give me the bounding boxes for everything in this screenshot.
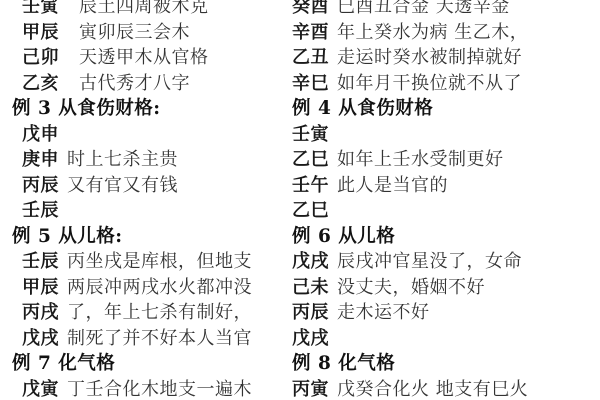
chart-row: 甲辰两辰冲两戌水火都冲没 <box>12 275 297 301</box>
example-heading: 例 6 从儿格 <box>292 224 592 250</box>
note: 丙坐戌是库根，但地支 <box>67 251 252 272</box>
chart-row: 丙戌了，年上七杀有制好， <box>12 300 297 326</box>
pillar: 戊寅 <box>22 377 59 400</box>
note: 时上七杀主贵 <box>67 149 178 170</box>
chart-row: 戊戌辰戌冲官星没了，女命 <box>292 249 592 275</box>
pillar: 甲辰 <box>22 275 59 301</box>
pillar: 壬辰 <box>22 249 59 275</box>
chart-row: 丙辰又有官又有钱 <box>12 173 297 199</box>
chart-row: 壬寅辰土四周被木克 <box>12 0 297 20</box>
pillar: 甲辰 <box>22 20 59 46</box>
right-column: 癸酉巳酉丑合金 天透辛金 辛酉年上癸水为病 生乙木， 乙丑走运时癸水被制掉就好 … <box>292 0 592 400</box>
note: 两辰冲两戌水火都冲没 <box>67 277 252 298</box>
pillar: 戊戌 <box>292 326 329 352</box>
note: 辰土四周被木克 <box>79 0 209 17</box>
example-heading: 例 7 化气格 <box>12 351 297 377</box>
note: 此人是当官的 <box>337 175 448 196</box>
example-heading: 例 8 化气格 <box>292 351 592 377</box>
note: 寅卯辰三会木 <box>79 22 190 43</box>
pillar: 戊申 <box>22 122 59 148</box>
chart-row: 甲辰寅卯辰三会木 <box>12 20 297 46</box>
pillar: 丙戌 <box>22 300 59 326</box>
note: 年上癸水为病 生乙木， <box>337 22 528 43</box>
chart-row: 丙寅戊癸合化火 地支有巳火 <box>292 377 592 400</box>
example-heading: 例 4 从食伤财格 <box>292 96 592 122</box>
chart-row: 癸酉巳酉丑合金 天透辛金 <box>292 0 592 20</box>
pillar: 辛巳 <box>292 71 329 97</box>
note: 又有官又有钱 <box>67 175 178 196</box>
chart-row: 戊寅丁壬合化木地支一遍木 <box>12 377 297 400</box>
note: 戊癸合化火 地支有巳火 <box>337 379 528 400</box>
pillar: 己未 <box>292 275 329 301</box>
chart-row: 乙丑走运时癸水被制掉就好 <box>292 45 592 71</box>
pillar: 壬寅 <box>292 122 329 148</box>
pillar: 丙辰 <box>292 300 329 326</box>
chart-row: 戊戌 <box>292 326 592 352</box>
note: 巳酉丑合金 天透辛金 <box>337 0 510 17</box>
note: 了，年上七杀有制好， <box>67 302 252 323</box>
note: 天透甲木从官格 <box>79 47 209 68</box>
note: 丁壬合化木地支一遍木 <box>67 379 252 400</box>
chart-row: 戊申 <box>12 122 297 148</box>
pillar: 戊戌 <box>22 326 59 352</box>
note: 走运时癸水被制掉就好 <box>337 47 522 68</box>
chart-row: 庚申时上七杀主贵 <box>12 147 297 173</box>
note: 古代秀才八字 <box>79 73 190 94</box>
chart-row: 己未没丈夫，婚姻不好 <box>292 275 592 301</box>
chart-row: 壬寅 <box>292 122 592 148</box>
pillar: 壬寅 <box>22 0 59 20</box>
example-heading: 例 3 从食伤财格: <box>12 96 297 122</box>
pillar: 丙辰 <box>22 173 59 199</box>
note: 如年月干换位就不从了 <box>337 73 522 94</box>
pillar: 丙寅 <box>292 377 329 400</box>
pillar: 乙亥 <box>22 71 59 97</box>
pillar: 乙丑 <box>292 45 329 71</box>
pillar: 癸酉 <box>292 0 329 20</box>
chart-row: 壬午此人是当官的 <box>292 173 592 199</box>
chart-row: 乙巳如年上壬水受制更好 <box>292 147 592 173</box>
chart-row: 壬辰 <box>12 198 297 224</box>
chart-row: 乙亥古代秀才八字 <box>12 71 297 97</box>
chart-row: 辛酉年上癸水为病 生乙木， <box>292 20 592 46</box>
chart-row: 辛巳如年月干换位就不从了 <box>292 71 592 97</box>
pillar: 壬午 <box>292 173 329 199</box>
note: 制死了并不好本人当官 <box>67 328 252 349</box>
pillar: 壬辰 <box>22 198 59 224</box>
chart-row: 乙巳 <box>292 198 592 224</box>
example-heading: 例 5 从儿格: <box>12 224 297 250</box>
note: 如年上壬水受制更好 <box>337 149 504 170</box>
note: 辰戌冲官星没了，女命 <box>337 251 522 272</box>
chart-row: 戊戌制死了并不好本人当官 <box>12 326 297 352</box>
pillar: 辛酉 <box>292 20 329 46</box>
chart-row: 丙辰走木运不好 <box>292 300 592 326</box>
pillar: 乙巳 <box>292 198 329 224</box>
pillar: 庚申 <box>22 147 59 173</box>
note: 没丈夫，婚姻不好 <box>337 277 485 298</box>
chart-row: 己卯天透甲木从官格 <box>12 45 297 71</box>
pillar: 戊戌 <box>292 249 329 275</box>
pillar: 己卯 <box>22 45 59 71</box>
note: 走木运不好 <box>337 302 430 323</box>
pillar: 乙巳 <box>292 147 329 173</box>
left-column: 壬寅辰土四周被木克 甲辰寅卯辰三会木 己卯天透甲木从官格 乙亥古代秀才八字 例 … <box>12 0 297 400</box>
chart-row: 壬辰丙坐戌是库根，但地支 <box>12 249 297 275</box>
